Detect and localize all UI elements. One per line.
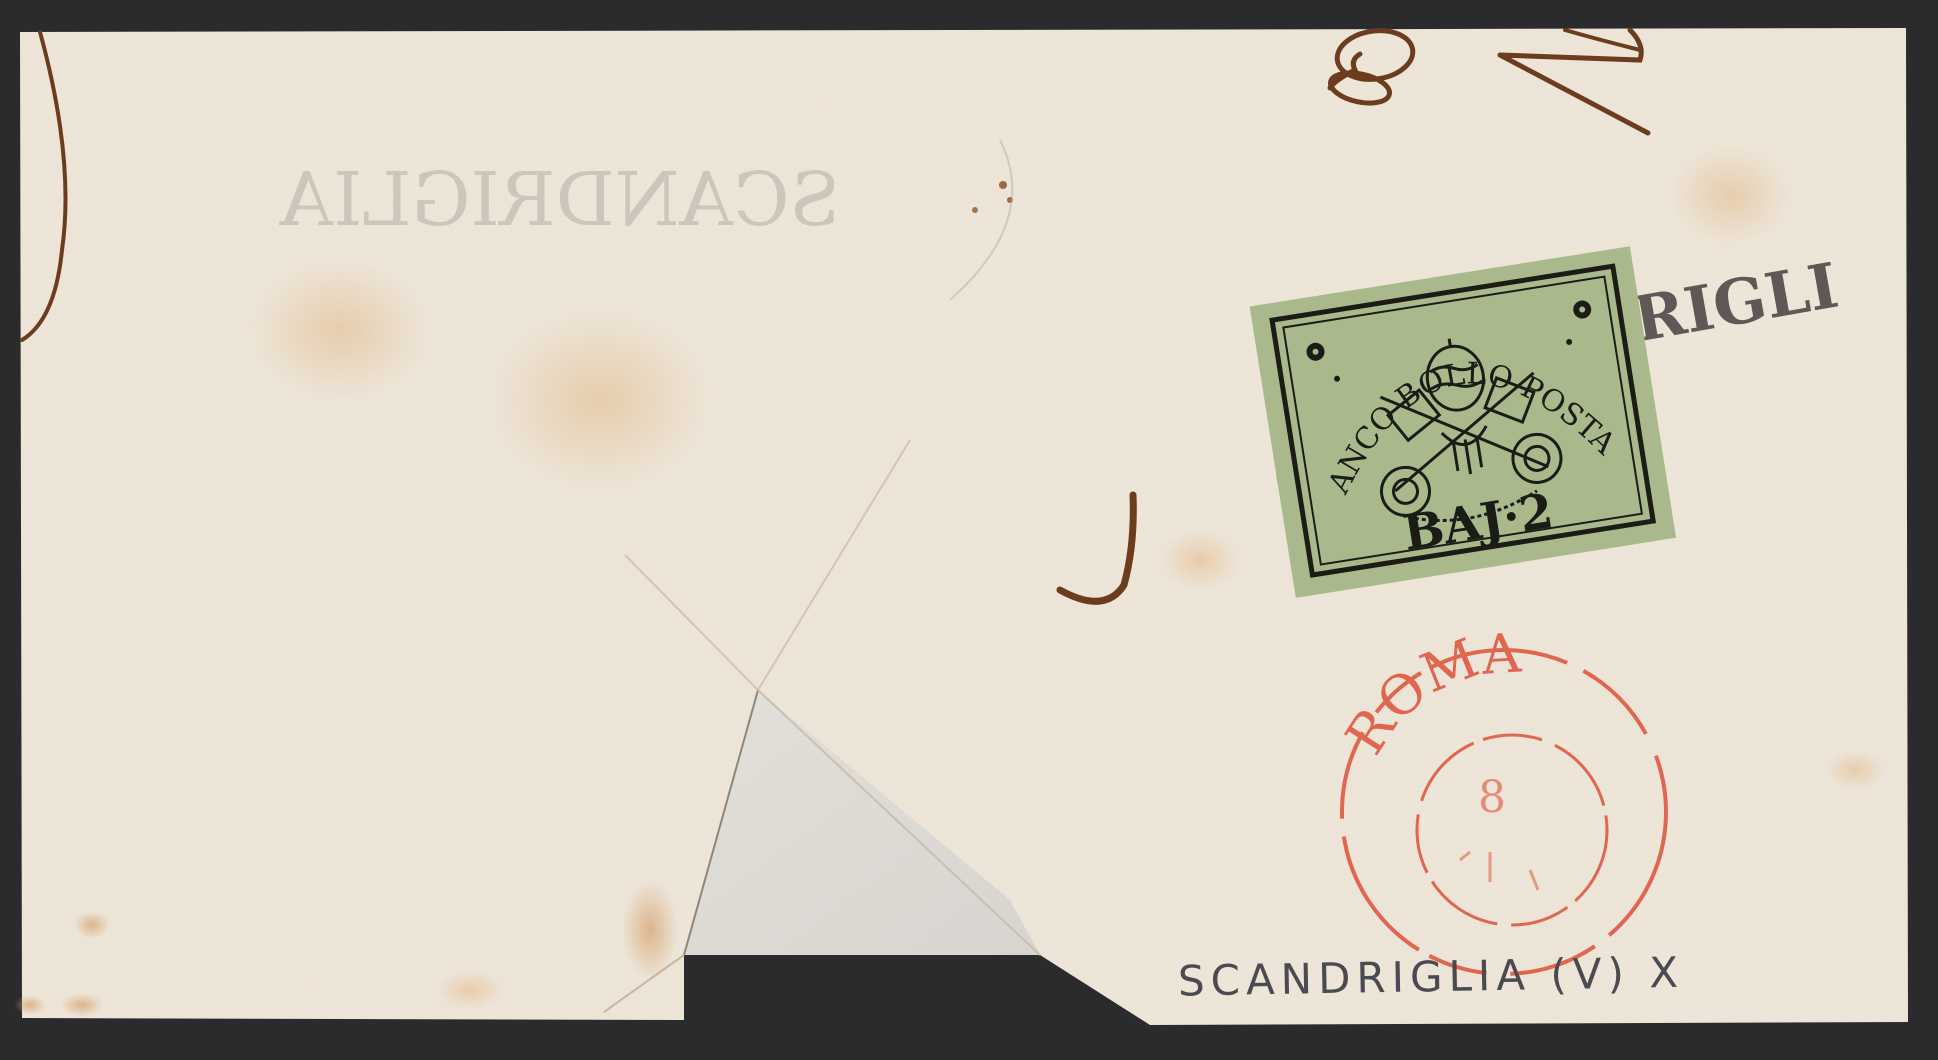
postal-cover-photo: SCANDRIGLIA RIGLI FRANCO BOLLO POSTALE [0, 0, 1938, 1060]
postmark-day: 8 [1478, 772, 1506, 823]
svg-text:SCANDRIGLIA: SCANDRIGLIA [278, 157, 840, 243]
pencil-annotation: SCANDRIGLIA (V) X [1178, 948, 1685, 1006]
